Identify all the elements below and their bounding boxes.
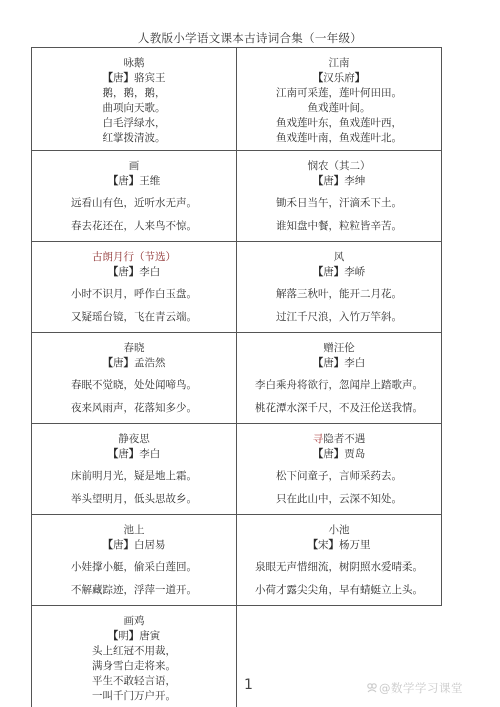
poem-cell-chun-xiao: 春晓 【唐】孟浩然 春眠不觉晓，处处闻啼鸟。 夜来风雨声，花落知多少。 <box>32 333 237 424</box>
poem-line: 小荷才露尖尖角，早有蜻蜓立上头。 <box>237 583 441 598</box>
poem-author: 【唐】王维 <box>32 174 236 189</box>
poem-author: 【唐】李白 <box>32 447 236 462</box>
poem-title: 池上 <box>32 523 236 538</box>
poem-title: 古朗月行（节选） <box>32 250 236 265</box>
poem-line: 满身雪白走将来。 <box>32 659 236 674</box>
poem-lines: 床前明月光，疑是地上霜。 举头望明月，低头思故乡。 <box>32 469 236 507</box>
poem-cell-feng: 风 【唐】李峤 解落三秋叶，能开二月花。 过江千尺浪，入竹万竿斜。 <box>237 242 442 333</box>
poem-title: 静夜思 <box>32 432 236 447</box>
poem-line: 红掌拨清波。 <box>32 131 236 146</box>
poem-lines: 江南可采莲，莲叶何田田。 鱼戏莲叶间。 鱼戏莲叶东，鱼戏莲叶西， 鱼戏莲叶南，鱼… <box>237 86 441 146</box>
page-number: 1 <box>244 677 253 693</box>
poem-lines: 远看山有色，近听水无声。 春去花还在，人来鸟不惊。 <box>32 196 236 234</box>
poem-author: 【唐】李峤 <box>237 265 441 280</box>
poem-line: 不解藏踪迹，浮萍一道开。 <box>32 583 236 598</box>
poem-title: 寻隐者不遇 <box>237 432 441 447</box>
poem-line: 只在此山中，云深不知处。 <box>237 492 441 507</box>
poem-line: 小时不识月，呼作白玉盘。 <box>32 287 236 302</box>
poem-line: 李白乘舟将欲行，忽闻岸上踏歌声。 <box>237 378 441 393</box>
poem-lines: 泉眼无声惜细流，树阴照水爱晴柔。 小荷才露尖尖角，早有蜻蜓立上头。 <box>237 560 441 598</box>
poem-line: 曲项向天歌。 <box>32 101 236 116</box>
table-row: 画 【唐】王维 远看山有色，近听水无声。 春去花还在，人来鸟不惊。 悯农（其二）… <box>32 151 442 242</box>
poem-line: 床前明月光，疑是地上霜。 <box>32 469 236 484</box>
poem-line: 平生不敢轻言语， <box>32 674 236 689</box>
poem-cell-gu-lang-yue-xing: 古朗月行（节选） 【唐】李白 小时不识月，呼作白玉盘。 又疑瑶台镜，飞在青云端。 <box>32 242 237 333</box>
table-row: 古朗月行（节选） 【唐】李白 小时不识月，呼作白玉盘。 又疑瑶台镜，飞在青云端。… <box>32 242 442 333</box>
poem-lines: 解落三秋叶，能开二月花。 过江千尺浪，入竹万竿斜。 <box>237 287 441 325</box>
poem-line: 松下问童子，言师采药去。 <box>237 469 441 484</box>
poem-line: 解落三秋叶，能开二月花。 <box>237 287 441 302</box>
poem-cell-jing-ye-si: 静夜思 【唐】李白 床前明月光，疑是地上霜。 举头望明月，低头思故乡。 <box>32 424 237 515</box>
poem-line: 一叫千门万户开。 <box>32 689 236 704</box>
poem-cell-xun-yin-zhe-bu-yu: 寻隐者不遇 【唐】贾岛 松下问童子，言师采药去。 只在此山中，云深不知处。 <box>237 424 442 515</box>
table-row: 静夜思 【唐】李白 床前明月光，疑是地上霜。 举头望明月，低头思故乡。 寻隐者不… <box>32 424 442 515</box>
poem-author: 【唐】李绅 <box>237 174 441 189</box>
poem-cell-xiao-chi: 小池 【宋】杨万里 泉眼无声惜细流，树阴照水爱晴柔。 小荷才露尖尖角，早有蜻蜓立… <box>237 515 442 606</box>
poem-lines: 锄禾日当午，汗滴禾下土。 谁知盘中餐，粒粒皆辛苦。 <box>237 196 441 234</box>
poem-title: 画 <box>32 159 236 174</box>
poem-title: 咏鹅 <box>32 56 236 71</box>
poem-title: 春晓 <box>32 341 236 356</box>
poem-line: 小娃撑小艇，偷采白莲回。 <box>32 560 236 575</box>
poem-lines: 小时不识月，呼作白玉盘。 又疑瑶台镜，飞在青云端。 <box>32 287 236 325</box>
poem-line: 夜来风雨声，花落知多少。 <box>32 401 236 416</box>
poem-lines: 李白乘舟将欲行，忽闻岸上踏歌声。 桃花潭水深千尺，不及汪伦送我情。 <box>237 378 441 416</box>
poem-line: 鱼戏莲叶东，鱼戏莲叶西， <box>237 116 441 131</box>
poem-lines: 头上红冠不用裁， 满身雪白走将来。 平生不敢轻言语， 一叫千门万户开。 <box>32 644 236 704</box>
poem-lines: 春眠不觉晓，处处闻啼鸟。 夜来风雨声，花落知多少。 <box>32 378 236 416</box>
poem-author: 【唐】贾岛 <box>237 447 441 462</box>
poem-lines: 松下问童子，言师采药去。 只在此山中，云深不知处。 <box>237 469 441 507</box>
poem-line: 白毛浮绿水， <box>32 116 236 131</box>
table-row: 池上 【唐】白居易 小娃撑小艇，偷采白莲回。 不解藏踪迹，浮萍一道开。 小池 【… <box>32 515 442 606</box>
poem-author: 【唐】骆宾王 <box>32 71 236 86</box>
poem-cell-jiang-nan: 江南 【汉乐府】 江南可采莲，莲叶何田田。 鱼戏莲叶间。 鱼戏莲叶东，鱼戏莲叶西… <box>237 48 442 151</box>
poem-line: 举头望明月，低头思故乡。 <box>32 492 236 507</box>
poem-line: 谁知盘中餐，粒粒皆辛苦。 <box>237 219 441 234</box>
poem-cell-hua-ji: 画鸡 【明】唐寅 头上红冠不用裁， 满身雪白走将来。 平生不敢轻言语， 一叫千门… <box>32 606 237 707</box>
poem-author: 【唐】李白 <box>32 265 236 280</box>
poem-line: 鱼戏莲叶间。 <box>237 101 441 116</box>
poem-line: 桃花潭水深千尺，不及汪伦送我情。 <box>237 401 441 416</box>
poem-author: 【唐】李白 <box>237 356 441 371</box>
poem-table: 咏鹅 【唐】骆宾王 鹅，鹅，鹅， 曲项向天歌。 白毛浮绿水， 红掌拨清波。 江南… <box>31 47 442 707</box>
poem-line: 春去花还在，人来鸟不惊。 <box>32 219 236 234</box>
watermark-text: @数学学习课堂 <box>379 681 463 695</box>
poem-cell-chi-shang: 池上 【唐】白居易 小娃撑小艇，偷采白莲回。 不解藏踪迹，浮萍一道开。 <box>32 515 237 606</box>
poem-title: 赠汪伦 <box>237 341 441 356</box>
poem-line: 锄禾日当午，汗滴禾下土。 <box>237 196 441 211</box>
poem-line: 春眠不觉晓，处处闻啼鸟。 <box>32 378 236 393</box>
poem-title: 江南 <box>237 56 441 71</box>
poem-line: 鱼戏莲叶南，鱼戏莲叶北。 <box>237 131 441 146</box>
poem-cell-yong-e: 咏鹅 【唐】骆宾王 鹅，鹅，鹅， 曲项向天歌。 白毛浮绿水， 红掌拨清波。 <box>32 48 237 151</box>
poem-title: 风 <box>237 250 441 265</box>
poem-title: 画鸡 <box>32 614 236 629</box>
watermark-logo-icon <box>366 682 378 694</box>
document-title: 人教版小学语文课本古诗词合集（一年级） <box>0 30 500 46</box>
poem-line: 江南可采莲，莲叶何田田。 <box>237 86 441 101</box>
table-row: 春晓 【唐】孟浩然 春眠不觉晓，处处闻啼鸟。 夜来风雨声，花落知多少。 赠汪伦 … <box>32 333 442 424</box>
poem-line: 泉眼无声惜细流，树阴照水爱晴柔。 <box>237 560 441 575</box>
poem-title: 悯农（其二） <box>237 159 441 174</box>
table-row: 咏鹅 【唐】骆宾王 鹅，鹅，鹅， 曲项向天歌。 白毛浮绿水， 红掌拨清波。 江南… <box>32 48 442 151</box>
poem-author: 【汉乐府】 <box>237 71 441 86</box>
poem-line: 鹅，鹅，鹅， <box>32 86 236 101</box>
poem-title: 小池 <box>237 523 441 538</box>
poem-author: 【宋】杨万里 <box>237 538 441 553</box>
poem-author: 【唐】孟浩然 <box>32 356 236 371</box>
poem-cell-min-nong: 悯农（其二） 【唐】李绅 锄禾日当午，汗滴禾下土。 谁知盘中餐，粒粒皆辛苦。 <box>237 151 442 242</box>
watermark: @数学学习课堂 <box>366 680 463 696</box>
poem-lines: 鹅，鹅，鹅， 曲项向天歌。 白毛浮绿水， 红掌拨清波。 <box>32 86 236 146</box>
poem-author: 【唐】白居易 <box>32 538 236 553</box>
poem-cell-hua: 画 【唐】王维 远看山有色，近听水无声。 春去花还在，人来鸟不惊。 <box>32 151 237 242</box>
poem-line: 过江千尺浪，入竹万竿斜。 <box>237 310 441 325</box>
poem-line: 又疑瑶台镜，飞在青云端。 <box>32 310 236 325</box>
poem-author: 【明】唐寅 <box>32 629 236 644</box>
poem-line: 头上红冠不用裁， <box>32 644 236 659</box>
poem-lines: 小娃撑小艇，偷采白莲回。 不解藏踪迹，浮萍一道开。 <box>32 560 236 598</box>
poem-line: 远看山有色，近听水无声。 <box>32 196 236 211</box>
poem-cell-zeng-wang-lun: 赠汪伦 【唐】李白 李白乘舟将欲行，忽闻岸上踏歌声。 桃花潭水深千尺，不及汪伦送… <box>237 333 442 424</box>
